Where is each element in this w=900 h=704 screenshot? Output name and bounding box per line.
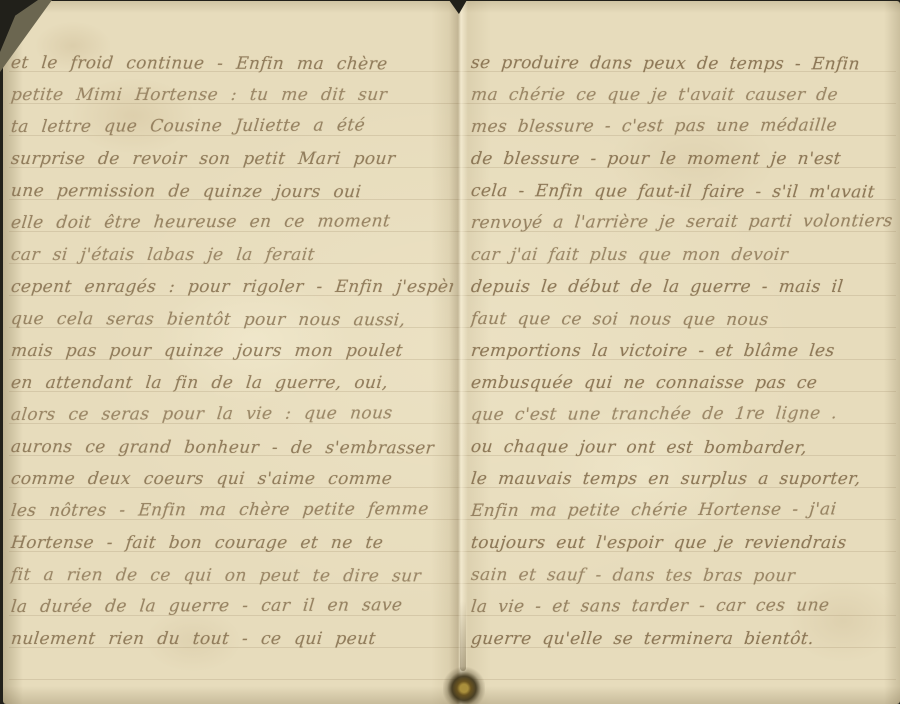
handwritten-line: car si j'étais labas je la ferait: [9, 239, 454, 271]
handwritten-line: depuis le début de la guerre - mais il: [469, 271, 896, 303]
handwritten-line: elle doit être heureuse en ce moment: [9, 205, 454, 239]
handwritten-line: ta lettre que Cousine Juliette a été: [9, 109, 454, 143]
bottom-stain: [443, 661, 485, 704]
handwritten-line: et le froid continue - Enfin ma chère: [10, 47, 455, 81]
handwritten-line: une permission de quinze jours oui: [10, 175, 455, 209]
handwritten-line: se produire dans peux de temps - Enfin: [470, 47, 897, 80]
handwritten-line: toujours eut l'espoir que je reviendrais: [469, 527, 896, 559]
handwritten-line: que cela seras bientôt pour nous aussi,: [10, 303, 455, 337]
handwritten-line: le mauvais temps en surplus a suporter,: [469, 463, 896, 495]
handwritten-line: ou chaque jour ont est bombarder,: [470, 431, 897, 464]
handwritten-line: ma chérie ce que je t'avait causer de: [469, 79, 896, 111]
handwritten-line: remportions la victoire - et blâme les: [469, 335, 896, 367]
handwritten-line: nulement rien du tout - ce qui peut: [9, 623, 454, 655]
handwritten-line: cela - Enfin que faut-il faire - s'il m'…: [470, 175, 897, 208]
handwritten-line: embusquée qui ne connaisse pas ce: [469, 367, 896, 399]
handwritten-line: mes blessure - c'est pas une médaille: [469, 109, 896, 143]
letter-paper: et le froid continue - Enfin ma chèrepet…: [3, 1, 900, 704]
letter-photo: et le froid continue - Enfin ma chèrepet…: [0, 0, 900, 704]
page-right: se produire dans peux de temps - Enfinma…: [471, 1, 895, 704]
handwritten-line: guerre qu'elle se terminera bientôt.: [469, 623, 896, 655]
handwritten-line: comme deux coeurs qui s'aime comme: [9, 463, 454, 495]
handwritten-line: surprise de revoir son petit Mari pour: [9, 143, 454, 175]
handwritten-line: sain et sauf - dans tes bras pour: [470, 559, 897, 592]
handwritten-line: cepent enragés : pour rigoler - Enfin j'…: [9, 271, 454, 303]
handwritten-line: car j'ai fait plus que mon devoir: [469, 239, 896, 271]
handwritten-line: la durée de la guerre - car il en save: [9, 589, 454, 623]
handwritten-line: petite Mimi Hortense : tu me dit sur: [9, 79, 454, 111]
page-left: et le froid continue - Enfin ma chèrepet…: [11, 1, 453, 704]
handwritten-line: renvoyé a l'arrière je serait parti volo…: [469, 205, 896, 239]
handwritten-line: Hortense - fait bon courage et ne te: [9, 527, 454, 559]
handwritten-line: la vie - et sans tarder - car ces une: [469, 589, 896, 623]
handwritten-line: que c'est une tranchée de 1re ligne .: [469, 397, 896, 431]
handwritten-line: les nôtres - Enfin ma chère petite femme: [9, 493, 454, 527]
handwritten-line: mais pas pour quinze jours mon poulet: [9, 335, 454, 367]
handwritten-line: aurons ce grand bonheur - de s'embrasser: [10, 431, 455, 465]
handwritten-line: fit a rien de ce qui on peut te dire sur: [10, 559, 455, 593]
handwritten-line: Enfin ma petite chérie Hortense - j'ai: [469, 493, 896, 527]
handwritten-line: de blessure - pour le moment je n'est: [469, 143, 896, 175]
handwritten-line: alors ce seras pour la vie : que nous: [9, 397, 454, 431]
handwritten-line: faut que ce soi nous que nous: [470, 303, 897, 336]
handwritten-line: en attendant la fin de la guerre, oui,: [9, 367, 454, 399]
